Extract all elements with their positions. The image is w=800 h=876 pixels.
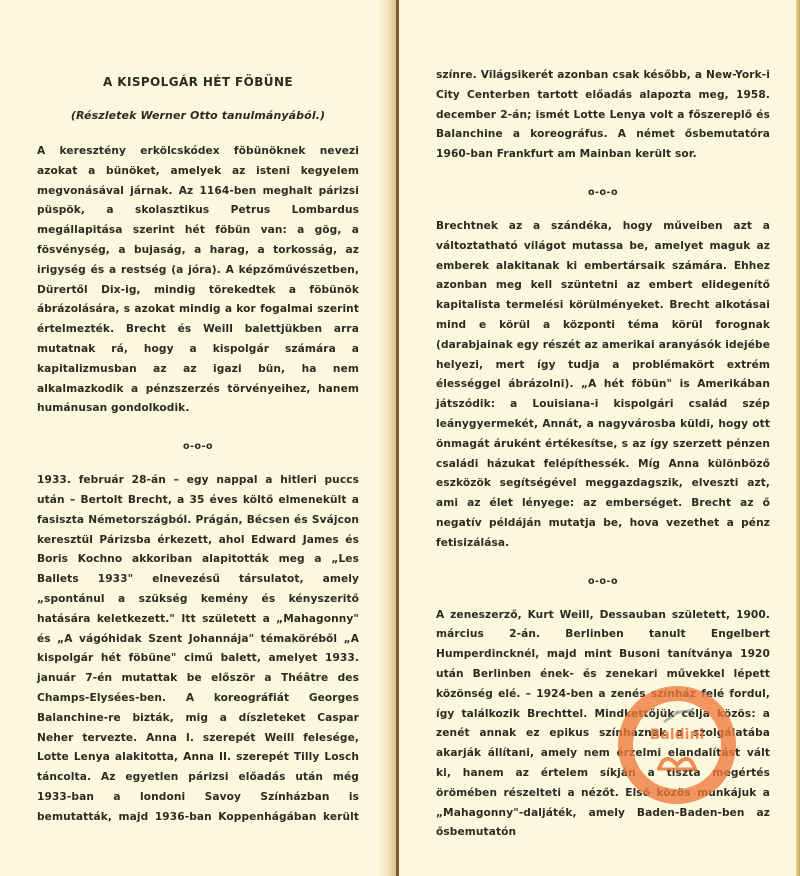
paragraph: 1933. február 28-án – egy nappal a hitle…: [37, 471, 359, 827]
paragraph: A zeneszerző, Kurt Weill, Dessauban szül…: [436, 606, 770, 844]
page-edge: [796, 0, 800, 876]
paragraph: A keresztény erkölcskódex föbünöknek nev…: [37, 142, 359, 419]
book-spine: [396, 0, 399, 876]
left-page-text: A KISPOLGÁR HÉT FÖBÜNE (Részletek Werner…: [37, 66, 359, 828]
section-separator: o-o-o: [37, 439, 359, 455]
page-subtitle: (Részletek Werner Otto tanulmányából.): [37, 106, 359, 126]
paragraph: Brechtnek az a szándéka, hogy műveiben a…: [436, 217, 770, 554]
section-separator: o-o-o: [436, 574, 770, 590]
paragraph: színre. Világsikerét azonban csak később…: [436, 66, 770, 165]
right-page-text: színre. Világsikerét azonban csak később…: [436, 66, 770, 843]
section-separator: o-o-o: [436, 185, 770, 201]
page-title: A KISPOLGÁR HÉT FÖBÜNE: [37, 72, 359, 92]
